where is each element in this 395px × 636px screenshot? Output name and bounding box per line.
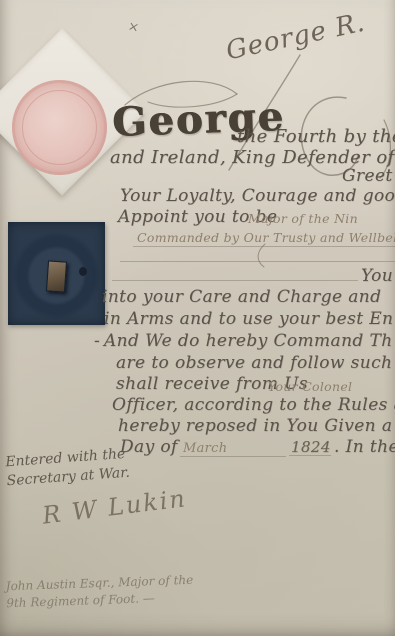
body-line-10: in Arms and to use your best En bbox=[104, 309, 393, 329]
commission-document-photo: × George R. George the Fourth by the G a… bbox=[0, 0, 395, 636]
fill-in-commanded-by: Commanded by Our Trusty and Wellbeloved bbox=[137, 230, 395, 245]
body-line-3-greeting: Greet bbox=[342, 166, 393, 186]
clerk-signature: R W Lukin bbox=[41, 484, 188, 529]
cross-pen-mark: × bbox=[127, 19, 141, 36]
fill-in-rank: Major of the Nin bbox=[248, 211, 358, 226]
body-line-16-day-of: Day of bbox=[120, 437, 178, 457]
fill-in-colonel: Your Colonel bbox=[268, 379, 352, 394]
seal-parchment-tab bbox=[46, 260, 67, 292]
body-line-12: are to observe and follow such Or bbox=[116, 353, 395, 373]
fill-in-month: March bbox=[183, 441, 227, 456]
body-line-11-dash: - bbox=[94, 331, 100, 351]
body-line-9: into your Care and Charge and bbox=[102, 287, 381, 307]
ruled-line bbox=[112, 280, 358, 281]
body-line-2: and Ireland, King Defender of t bbox=[110, 147, 395, 168]
body-line-11: And We do hereby Command Th bbox=[104, 331, 393, 351]
body-line-16-in-the: . In the bbox=[334, 437, 395, 457]
body-line-15: hereby reposed in You Given a bbox=[118, 416, 392, 436]
margin-note-entered: Entered with the Secretary at War. bbox=[5, 445, 131, 492]
body-line-4: Your Loyalty, Courage and goo bbox=[120, 186, 395, 206]
royal-signature-george-r: George R. bbox=[223, 8, 368, 67]
year-1824: 1824 bbox=[291, 438, 331, 456]
footer-annotation: John Austin Esqr., Major of the 9th Regi… bbox=[5, 572, 194, 613]
body-line-14: Officer, according to the Rules a bbox=[112, 395, 395, 415]
ruled-line bbox=[120, 261, 395, 262]
ruled-line bbox=[133, 246, 395, 247]
body-line-8-you: You bbox=[361, 266, 393, 286]
body-line-1: the Fourth by the G bbox=[237, 126, 395, 147]
ruled-line bbox=[180, 456, 286, 457]
seal-wax-dot bbox=[79, 267, 87, 276]
ruled-line bbox=[289, 455, 331, 456]
embossed-pink-seal bbox=[12, 80, 107, 175]
